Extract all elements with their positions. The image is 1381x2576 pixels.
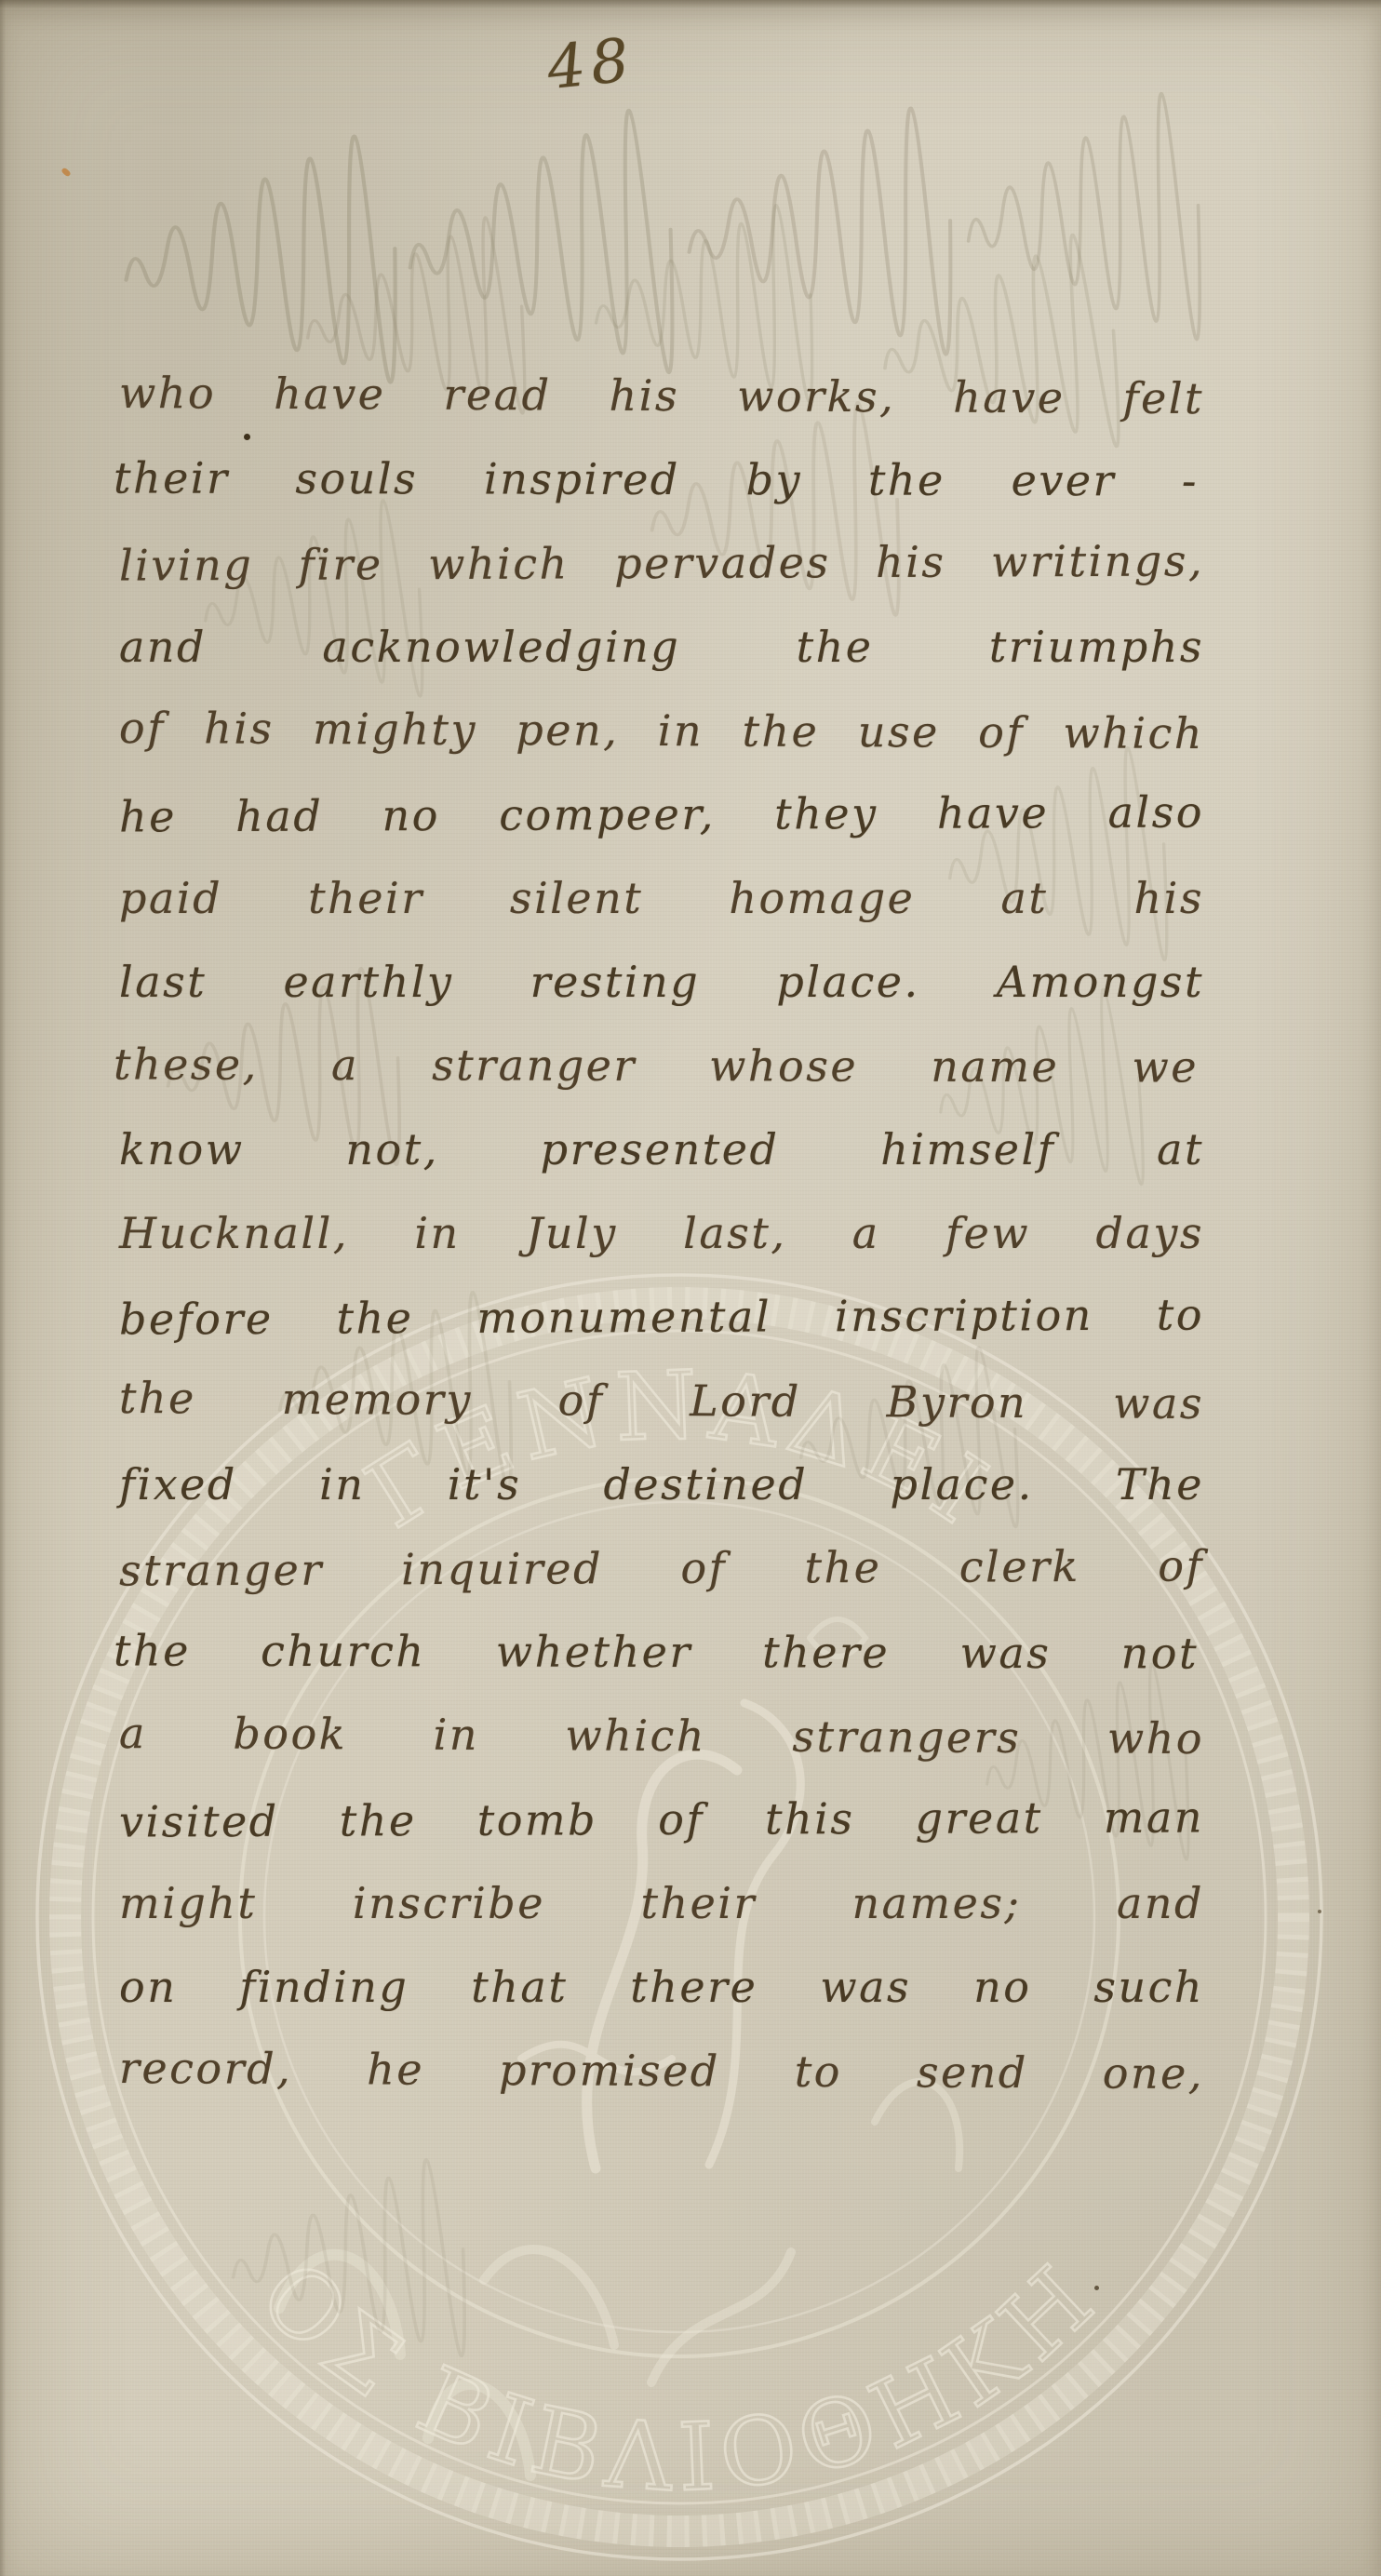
manuscript-page: ΓΕΝΝΑΔΕΙ ΟΣ ΒΙΒΛΙΟΘΗΚΗ [0, 0, 1381, 2576]
ink-speck [1318, 1910, 1321, 1913]
ink-speck [1094, 2286, 1099, 2290]
manuscript-line: these, a stranger whose name we [114, 1022, 1199, 1108]
manuscript-line: the memory of Lord Byron was [119, 1356, 1204, 1445]
manuscript-text-block: who have read his works, have felt their… [119, 354, 1204, 2113]
manuscript-line: fixed in it's destined place. The [119, 1442, 1204, 1526]
manuscript-line: he had no compeer, they have also [119, 770, 1204, 858]
manuscript-line: know not, presented himself at [119, 1107, 1204, 1191]
manuscript-line: of his mighty pen, in the use of which [119, 686, 1204, 775]
manuscript-line: a book in which strangers who [119, 1691, 1204, 1780]
manuscript-line: who have read his works, have felt [119, 351, 1204, 440]
manuscript-line: visited the tomb of this great man [119, 1775, 1204, 1863]
manuscript-line: record, he promised to send one, [119, 2026, 1204, 2115]
manuscript-line: their souls inspired by the ever - [114, 436, 1199, 522]
manuscript-line: before the monumental inscription to [119, 1272, 1204, 1361]
manuscript-line: might inscribe their names; and [119, 1861, 1204, 1945]
ink-speck [244, 434, 250, 440]
manuscript-line: paid their silent homage at his [119, 856, 1204, 940]
manuscript-line: Hucknall, in July last, a few days [119, 1191, 1204, 1275]
manuscript-line: and acknowledging the triumphs [119, 605, 1204, 689]
darkened-left-edge [0, 0, 6, 2576]
manuscript-line: last earthly resting place. Amongst [119, 940, 1204, 1024]
manuscript-line: on finding that there was no such [119, 1945, 1204, 2029]
manuscript-line: living fire which pervades his writings, [119, 518, 1204, 607]
manuscript-line: stranger inquired of the clerk of [119, 1523, 1204, 1612]
darkened-top-edge [0, 0, 1381, 8]
manuscript-line: the church whether there was not [114, 1608, 1199, 1695]
